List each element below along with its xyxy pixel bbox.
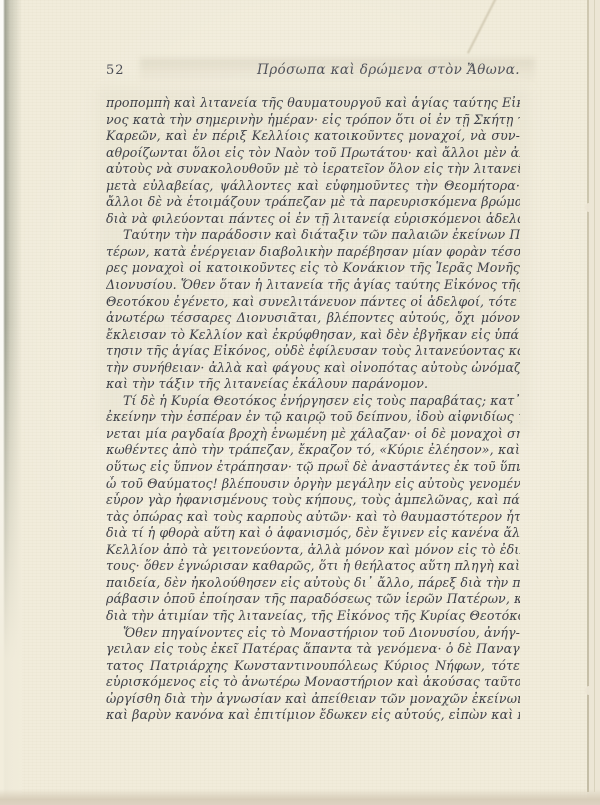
text-line: εὑρισκόμενος εἰς τὸ ἀνωτέρω Μοναστήριον … [106, 674, 520, 691]
text-line: τὰς ὀπώρας καὶ τοὺς καρποὺς αὐτῶν· καὶ τ… [106, 509, 520, 526]
page-number: 52 [106, 63, 125, 78]
running-head: Πρόσωπα καὶ δρώμενα στὸν Ἄθωνα. [257, 62, 520, 78]
text-line: ἀνωτέρω τέσσαρες Διονυσιᾶται, βλέποντες … [106, 310, 520, 327]
text-line: ἐκείνην τὴν ἑσπέραν ἐν τῷ καιρῷ τοῦ δείπ… [106, 409, 520, 426]
text-line: ἔκλεισαν τὸ Κελλίον καὶ ἐκρύφθησαν, καὶ … [106, 327, 520, 344]
text-line: Κελλίον ἀπὸ τὰ γειτονεύοντα, ἀλλὰ μόνον … [106, 542, 520, 559]
text-line: εὗρον γὰρ ἠφανισμένους τοὺς κήπους, τοὺς… [106, 492, 520, 509]
text-line: διὰ τὴν ἀτιμίαν τῆς λιτανείας, τῆς Εἰκόν… [106, 608, 520, 625]
text-line: αὐτοὺς νὰ συνακολουθοῦν μὲ τὸ ἱερατεῖον … [106, 161, 520, 178]
text-line: νος κατὰ τὴν σημερινὴν ἡμέραν· εἰς τρόπο… [106, 112, 520, 129]
text-block: προπομπὴ καὶ λιτανεία τῆς θαυματουργοῦ κ… [106, 95, 520, 724]
text-line: ἄλλοι δὲ νὰ ἑτοιμάζουν τράπεζαν μὲ τὰ πα… [106, 194, 520, 211]
text-line: διὰ νὰ φιλεύονται πάντες οἱ ἐν τῇ λιτανε… [106, 211, 520, 228]
text-line: ρες μοναχοὶ οἱ κατοικοῦντες εἰς τὸ Κονάκ… [106, 260, 520, 277]
text-line: τὴν συνήθειαν· ἀλλὰ καὶ φάγους καὶ οἰνοπ… [106, 360, 520, 377]
text-line: ὠργίσθη διὰ τὴν ἀγνωσίαν καὶ ἀπείθειαν τ… [106, 691, 520, 708]
text-line: καὶ τὴν τάξιν τῆς λιτανείας ἐκάλουν παρά… [106, 376, 520, 393]
text-line: τέρων, κατὰ ἐνέργειαν διαβολικὴν παρέβησ… [106, 244, 520, 261]
text-line: Θεοτόκου ἐγένετο, καὶ συνελιτάνευον πάντ… [106, 294, 520, 311]
text-line: ὦ τοῦ Θαύματος! βλέπουσιν ὀργὴν μεγάλην … [106, 476, 520, 493]
page-gutter-shadow-fade [0, 0, 22, 805]
page-edge-notch [585, 203, 592, 212]
paper-crease [467, 0, 497, 54]
text-line: νεται μία ραγδαία βροχὴ ἑνωμένη μὲ χάλαζ… [106, 426, 520, 443]
text-line: αθροίζωνται ὅλοι εἰς τὸν Ναὸν τοῦ Πρωτάτ… [106, 145, 520, 162]
text-line: καὶ βαρὺν κανόνα καὶ ἐπιτίμιον ἔδωκεν εἰ… [106, 707, 520, 724]
text-line: παιδεία, δὲν ἠκολούθησεν εἰς αὐτοὺς δι᾽ … [106, 575, 520, 592]
text-line: μετὰ εὐλαβείας, ψάλλοντες καὶ εὐφημοῦντε… [106, 178, 520, 195]
scanned-book-page: 52 Πρόσωπα καὶ δρώμενα στὸν Ἄθωνα. προπο… [0, 0, 600, 805]
text-line: τησιν τῆς ἁγίας Εἰκόνος, οὐδὲ ἐφίλευσαν … [106, 343, 520, 360]
page-edge-line [587, 0, 589, 792]
text-line: Καρεῶν, καὶ ἐν πέριξ Κελλίοις κατοικοῦντ… [106, 128, 520, 145]
text-line: Διονυσίου. Ὅθεν ὅταν ἡ λιτανεία τῆς ἁγία… [106, 277, 520, 294]
text-line: Ταύτην τὴν παράδοσιν καὶ διάταξιν τῶν πα… [106, 227, 520, 244]
text-line: προπομπὴ καὶ λιτανεία τῆς θαυματουργοῦ κ… [106, 95, 520, 112]
text-line: Τί δὲ ἡ Κυρία Θεοτόκος ἐνήργησεν εἰς τοὺ… [106, 393, 520, 410]
text-line: τατος Πατριάρχης Κωνσταντινουπόλεως Κύρι… [106, 658, 520, 675]
text-line: ράβασιν ὁποῦ ἐποίησαν τῆς παραδόσεως τῶν… [106, 591, 520, 608]
text-line: Ὅθεν πηγαίνοντες εἰς τὸ Μοναστήριον τοῦ … [106, 625, 520, 642]
text-line: κωθέντες ἀπὸ τὴν τράπεζαν, ἔκραζον τό, «… [106, 442, 520, 459]
text-line: τους· ὅθεν ἐγνώρισαν καθαρῶς, ὅτι ἡ θεήλ… [106, 558, 520, 575]
page-edge-notch [585, 686, 592, 695]
text-line: διὰ τί ἡ φθορὰ αὕτη καὶ ὁ ἀφανισμός, δὲν… [106, 525, 520, 542]
text-line: γειλαν εἰς τοὺς ἐκεῖ Πατέρας ἅπαντα τὰ γ… [106, 641, 520, 658]
text-line: οὕτως εἰς ὕπνον ἐτράπησαν· τῷ πρωῒ δὲ ἀν… [106, 459, 520, 476]
page-header: 52 Πρόσωπα καὶ δρώμενα στὸν Ἄθωνα. [106, 62, 520, 80]
bottom-page-edge [0, 789, 600, 805]
page-edge-line [594, 0, 595, 792]
